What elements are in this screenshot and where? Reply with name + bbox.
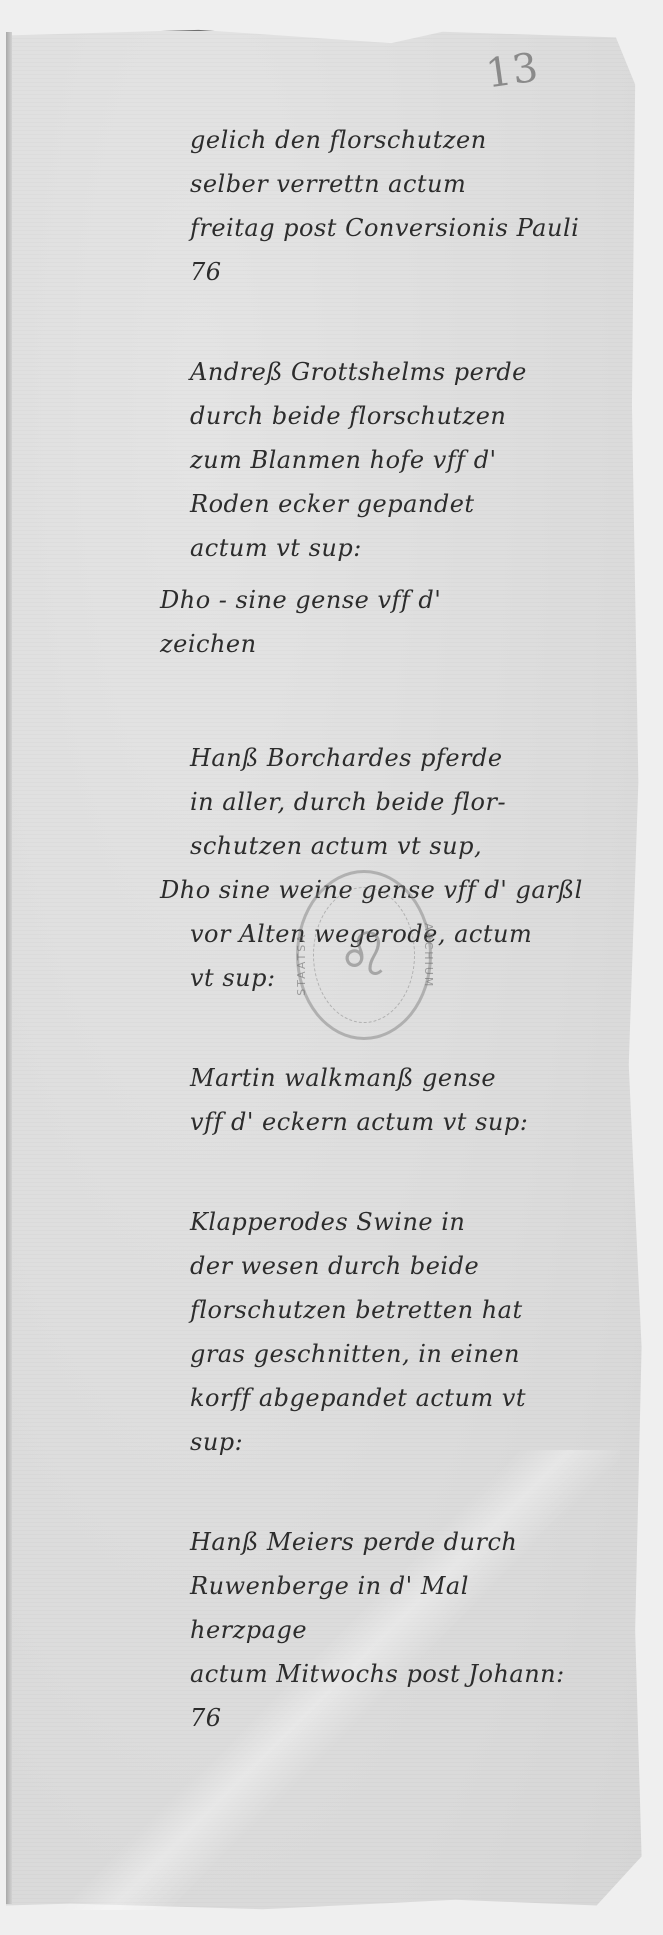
entry-line: der wesen durch beide: [190, 1244, 620, 1288]
page-gutter-shadow: [6, 32, 12, 1904]
entry-line: schutzen actum vt sup,: [190, 824, 620, 868]
entry-line: freitag post Conversionis Pauli: [190, 206, 620, 250]
entry-line: Roden ecker gepandet: [190, 482, 620, 526]
stamp-text-left: STAATSA: [295, 933, 308, 996]
entry-line: Hanß Borchardes pferde: [190, 736, 620, 780]
entry-line: Hanß Meiers perde durch: [190, 1520, 620, 1564]
entry-line: in aller, durch beide flor-: [190, 780, 620, 824]
entry-line: herzpage: [190, 1608, 620, 1652]
entry-line: Ruwenberge in d' Mal: [190, 1564, 620, 1608]
entry-6: Klapperodes Swine in der wesen durch bei…: [190, 1200, 620, 1464]
entry-line: actum Mitwochs post Johann:: [190, 1652, 620, 1696]
entry-line: vff d' eckern actum vt sup:: [190, 1100, 620, 1144]
entry-line: Dho - sine gense vff d': [160, 578, 620, 622]
entry-line: Klapperodes Swine in: [190, 1200, 620, 1244]
entry-line: zum Blanmen hofe vff d': [190, 438, 620, 482]
stamp-text-right: ARCHIUM: [422, 923, 435, 988]
entry-line: sup:: [190, 1420, 620, 1464]
entry-line: florschutzen betretten hat: [190, 1288, 620, 1332]
entry-3: Dho - sine gense vff d' zeichen: [190, 578, 620, 666]
folio-number: 13: [483, 45, 542, 98]
lion-emblem-icon: ♌: [323, 913, 405, 997]
entry-1: gelich den florschutzen selber verrettn …: [190, 118, 620, 294]
entry-line: gras geschnitten, in einen: [190, 1332, 620, 1376]
entry-line: Martin walkmanß gense: [190, 1056, 620, 1100]
entry-date-line: 76: [190, 1696, 620, 1740]
entry-line: zeichen: [160, 622, 620, 666]
entry-line: Andreß Grottshelms perde: [190, 350, 620, 394]
entry-line: actum vt sup:: [190, 526, 620, 570]
entry-line: selber verrettn actum: [190, 162, 620, 206]
archive-stamp: ♌ ARCHIUM STAATSA: [296, 870, 432, 1040]
entry-date-line: 76: [190, 250, 620, 294]
entry-line: gelich den florschutzen: [190, 118, 620, 162]
entry-2: Andreß Grottshelms perde durch beide flo…: [190, 350, 620, 570]
entry-7: Hanß Meiers perde durch Ruwenberge in d'…: [190, 1520, 620, 1740]
entry-line: korff abgepandet actum vt: [190, 1376, 620, 1420]
scan-background: 13 gelich den florschutzen selber verret…: [0, 0, 663, 1935]
entry-5: Martin walkmanß gense vff d' eckern actu…: [190, 1056, 620, 1144]
entry-line: durch beide florschutzen: [190, 394, 620, 438]
